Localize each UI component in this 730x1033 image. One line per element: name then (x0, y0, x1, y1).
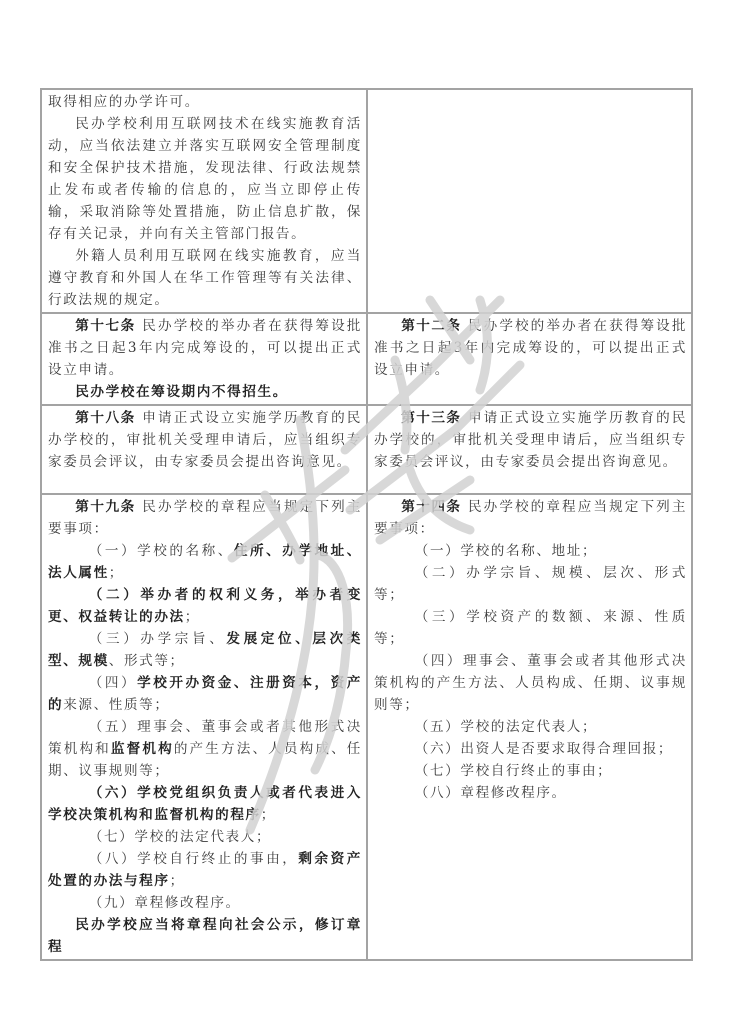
list-item: （九）章程修改程序。 (48, 892, 362, 914)
article-number: 第十七条 (75, 318, 136, 334)
new-law-cell: 第十七条 民办学校的举办者在获得筹设批准书之日起3年内完成筹设的，可以提出正式设… (41, 313, 367, 405)
table-row: 第十九条 民办学校的章程应当规定下列主要事项： （一）学校的名称、住所、办学地址… (41, 494, 692, 960)
bold-paragraph: 民办学校在筹设期内不得招生。 (48, 381, 362, 403)
list-item: （八）学校自行终止的事由，剩余资产处置的办法与程序； (48, 848, 362, 892)
new-law-cell: 第十九条 民办学校的章程应当规定下列主要事项： （一）学校的名称、住所、办学地址… (41, 494, 367, 960)
table-row: 第十七条 民办学校的举办者在获得筹设批准书之日起3年内完成筹设的，可以提出正式设… (41, 313, 692, 405)
list-item: （三）学校资产的数额、来源、性质等； (374, 606, 687, 650)
list-item: （六）学校党组织负责人或者代表进入学校决策机构和监督机构的程序； (48, 782, 362, 826)
article-paragraph: 第十八条 申请正式设立实施学历教育的民办学校的，审批机关受理申请后，应当组织专家… (48, 407, 362, 473)
list-item: （四）理事会、董事会或者其他形式决策机构的产生方法、人员构成、任期、议事规则等； (374, 650, 687, 716)
old-law-cell: 第十二条 民办学校的举办者在获得筹设批准书之日起3年内完成筹设的，可以提出正式设… (367, 313, 692, 405)
article-number: 第十二条 (401, 318, 461, 334)
document-page: 取得相应的办学许可。 民办学校利用互联网技术在线实施教育活动，应当依法建立并落实… (0, 0, 730, 1033)
paragraph: 取得相应的办学许可。 (48, 91, 362, 113)
article-paragraph: 第十二条 民办学校的举办者在获得筹设批准书之日起3年内完成筹设的，可以提出正式设… (374, 315, 687, 381)
article-number: 第十四条 (401, 499, 461, 515)
article-paragraph: 第十三条 申请正式设立实施学历教育的民办学校的，审批机关受理申请后，应当组织专家… (374, 407, 687, 473)
closing-paragraph: 民办学校应当将章程向社会公示，修订章程 (48, 914, 362, 958)
list-item: （五）理事会、董事会或者其他形式决策机构和监督机构的产生方法、人员构成、任期、议… (48, 716, 362, 782)
paragraph: 民办学校利用互联网技术在线实施教育活动，应当依法建立并落实互联网安全管理制度和安… (48, 113, 362, 245)
list-item: （八）章程修改程序。 (374, 782, 687, 804)
list-item: （一）学校的名称、住所、办学地址、法人属性； (48, 540, 362, 584)
article-number: 第十八条 (75, 410, 136, 426)
new-law-cell: 取得相应的办学许可。 民办学校利用互联网技术在线实施教育活动，应当依法建立并落实… (41, 89, 367, 313)
list-item: （二）举办者的权利义务，举办者变更、权益转让的办法； (48, 584, 362, 628)
old-law-cell-empty (367, 89, 692, 313)
new-law-cell: 第十八条 申请正式设立实施学历教育的民办学校的，审批机关受理申请后，应当组织专家… (41, 405, 367, 494)
list-item: （七）学校自行终止的事由； (374, 760, 687, 782)
article-paragraph: 第十七条 民办学校的举办者在获得筹设批准书之日起3年内完成筹设的，可以提出正式设… (48, 315, 362, 381)
list-item: （三）办学宗旨、发展定位、层次类型、规模、形式等； (48, 628, 362, 672)
article-number: 第十九条 (75, 499, 136, 515)
paragraph: 外籍人员利用互联网在线实施教育，应当遵守教育和外国人在华工作管理等有关法律、行政… (48, 245, 362, 311)
article-paragraph: 第十九条 民办学校的章程应当规定下列主要事项： (48, 496, 362, 540)
old-law-cell: 第十三条 申请正式设立实施学历教育的民办学校的，审批机关受理申请后，应当组织专家… (367, 405, 692, 494)
list-item: （一）学校的名称、地址； (374, 540, 687, 562)
list-item: （四）学校开办资金、注册资本，资产的来源、性质等； (48, 672, 362, 716)
list-item: （五）学校的法定代表人； (374, 716, 687, 738)
old-law-cell: 第十四条 民办学校的章程应当规定下列主要事项： （一）学校的名称、地址； （二）… (367, 494, 692, 960)
list-item: （六）出资人是否要求取得合理回报； (374, 738, 687, 760)
list-item: （七）学校的法定代表人； (48, 826, 362, 848)
table-row: 取得相应的办学许可。 民办学校利用互联网技术在线实施教育活动，应当依法建立并落实… (41, 89, 692, 313)
list-item: （二）办学宗旨、规模、层次、形式等； (374, 562, 687, 606)
table-row: 第十八条 申请正式设立实施学历教育的民办学校的，审批机关受理申请后，应当组织专家… (41, 405, 692, 494)
article-number: 第十三条 (401, 410, 461, 426)
comparison-table: 取得相应的办学许可。 民办学校利用互联网技术在线实施教育活动，应当依法建立并落实… (40, 88, 693, 961)
article-paragraph: 第十四条 民办学校的章程应当规定下列主要事项： (374, 496, 687, 540)
